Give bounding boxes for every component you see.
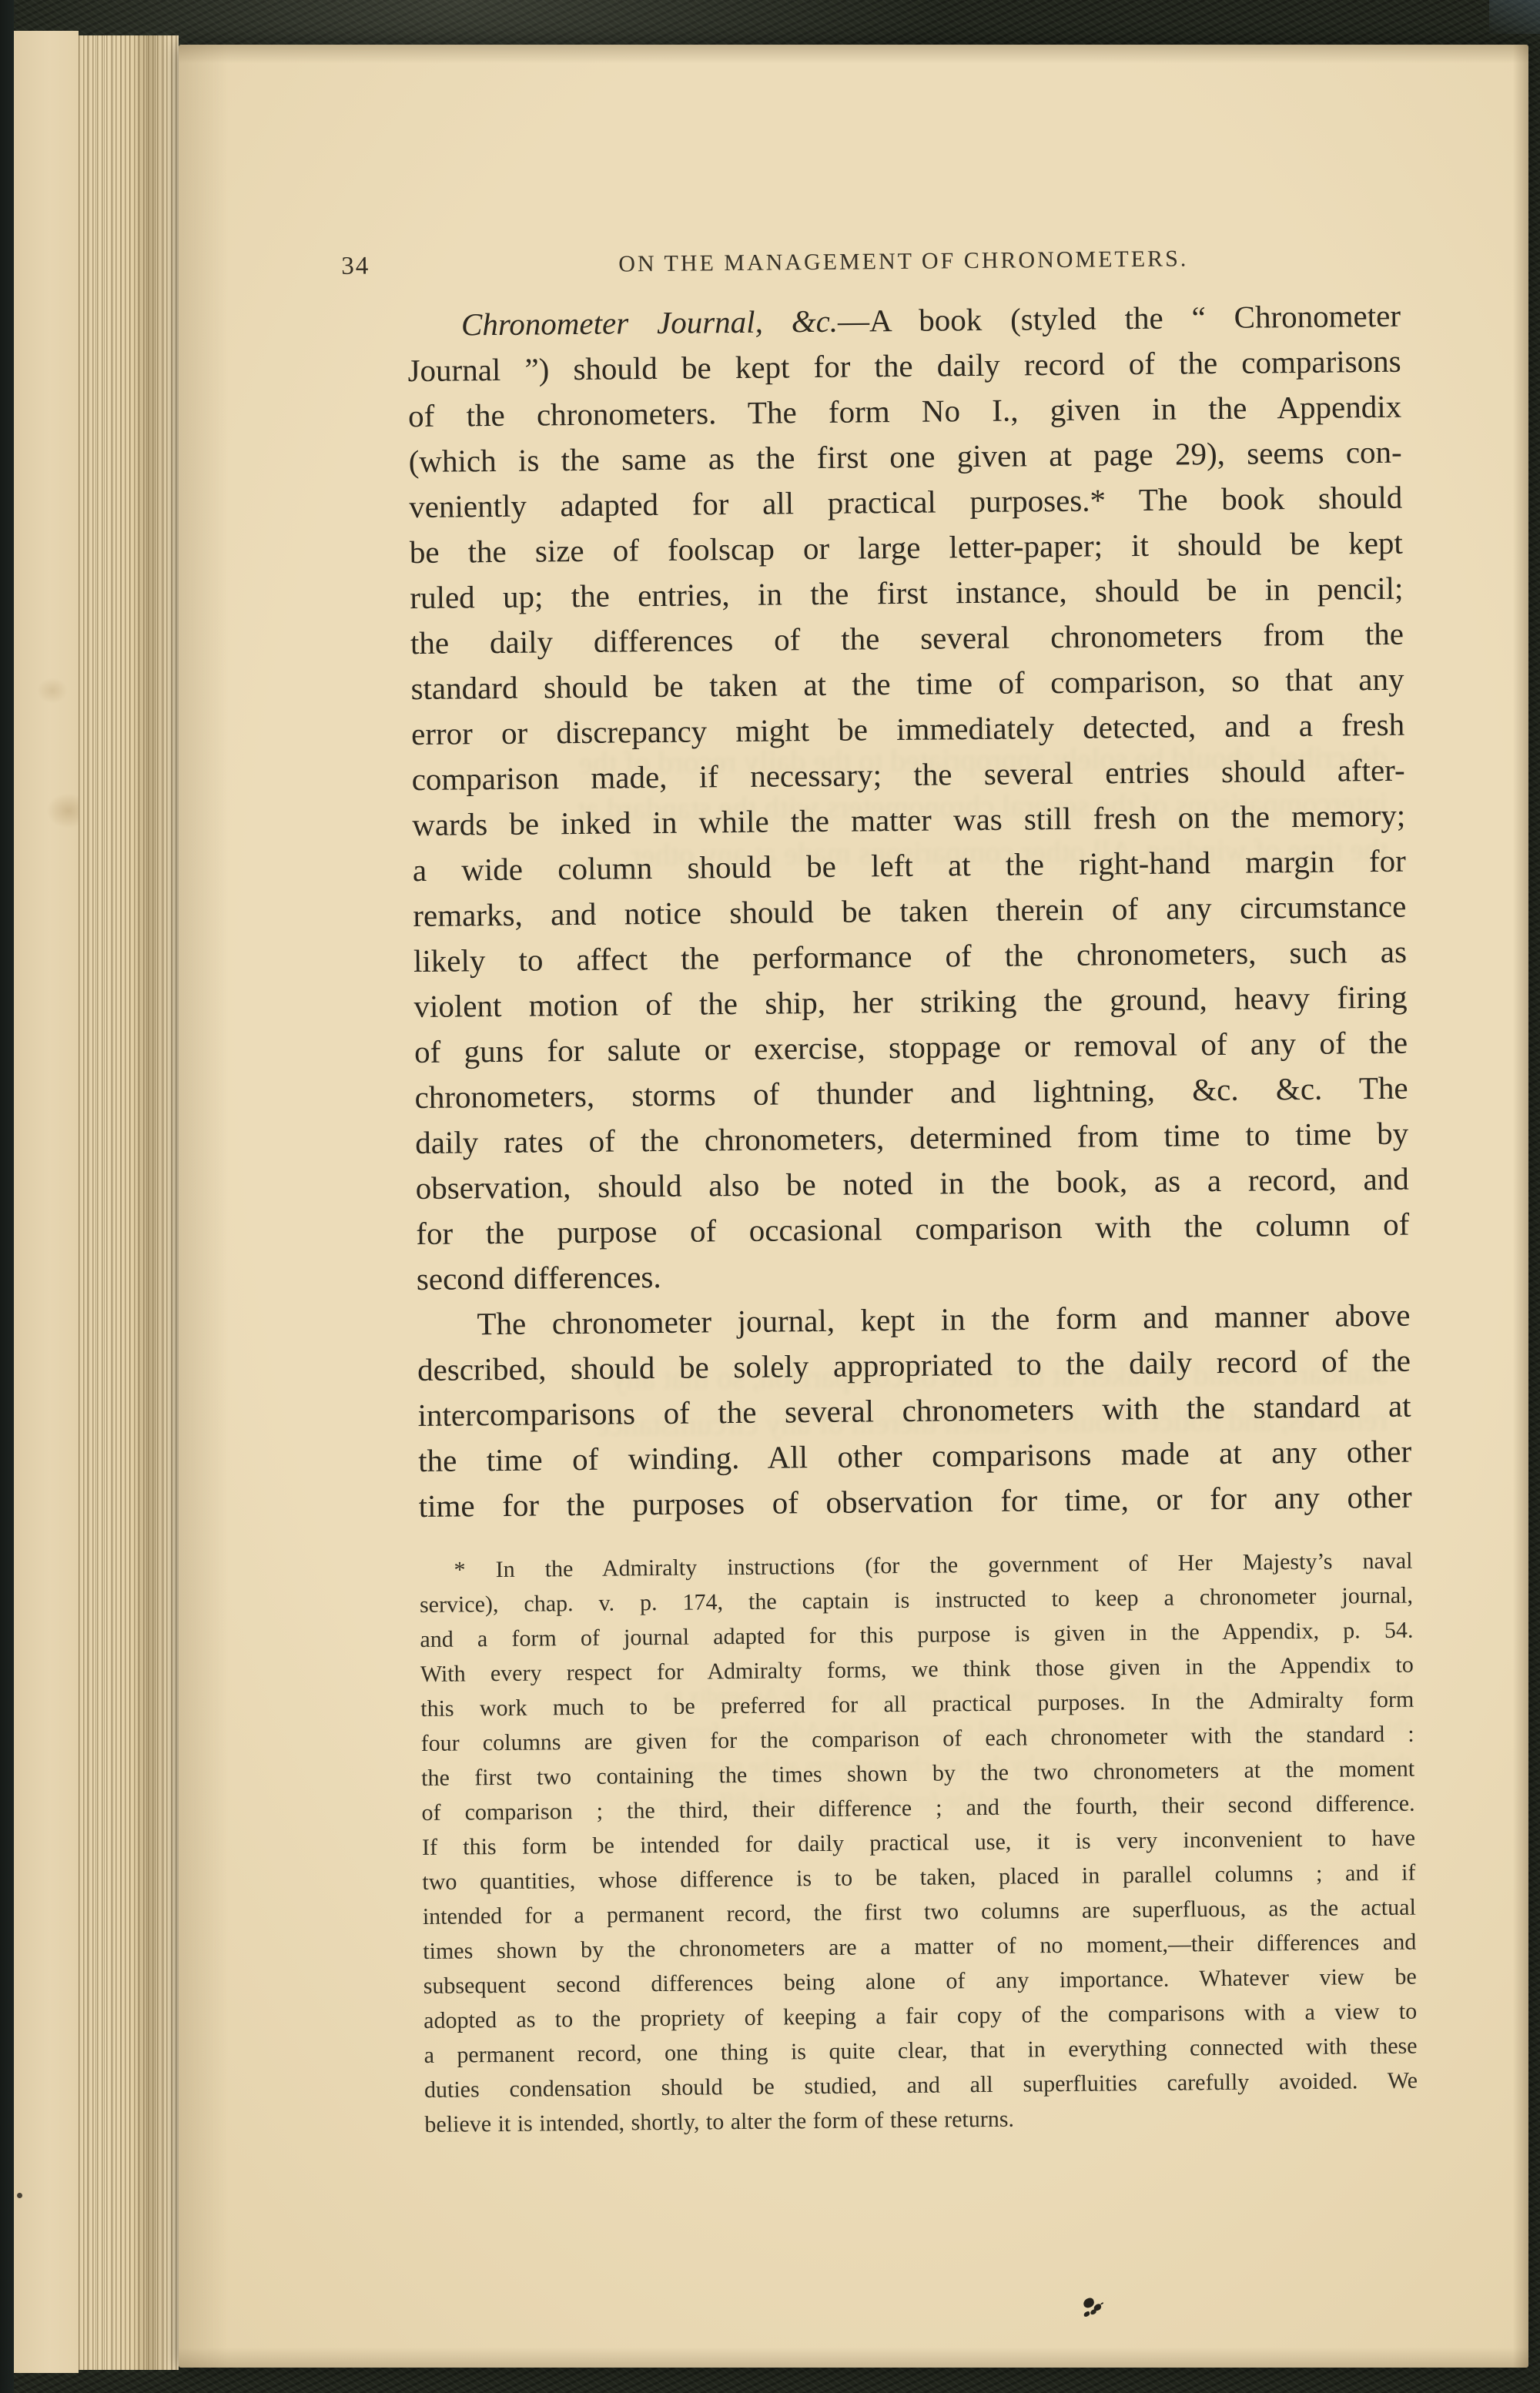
stacked-page-edges [79,35,179,2370]
ink-speck [17,2193,22,2198]
book-cover-left-edge [0,0,14,2393]
paragraph-chronometer-journal: Chronometer Journal, &c.—A book (styled … [407,293,1410,1302]
book-page: described, should be solely appropriated… [179,45,1528,2368]
italic-lead-in: Chronometer Journal, &c. [461,303,838,343]
page-content: 34 ON THE MANAGEMENT OF CHRONOMETERS. Ch… [168,32,1540,2368]
first-line-text: —A book (styled the “ Chronometer [838,298,1401,339]
text-line: time for the purposes of observation for… [418,1474,1412,1529]
paragraph-indent [407,335,461,336]
scanned-book-photo: described, should be solely appropriated… [0,0,1540,2393]
footnote-lines: * In the Admiralty instructions (for the… [419,1544,1418,2142]
footnote: * In the Admiralty instructions (for the… [419,1544,1418,2142]
paragraph-lines: Journal ”) should be kept for the daily … [407,339,1410,1302]
page-number: 34 [341,251,370,282]
running-title: ON THE MANAGEMENT OF CHRONOMETERS. [407,243,1400,281]
paragraph-lines: The chronometer journal, kept in the for… [417,1293,1412,1529]
paragraph-journal-usage: The chronometer journal, kept in the for… [417,1293,1412,1529]
book-endpaper [14,31,79,2373]
text-line: for the purpose of occasional comparison… [416,1202,1410,1257]
cover-corner-sheen [1489,0,1540,34]
